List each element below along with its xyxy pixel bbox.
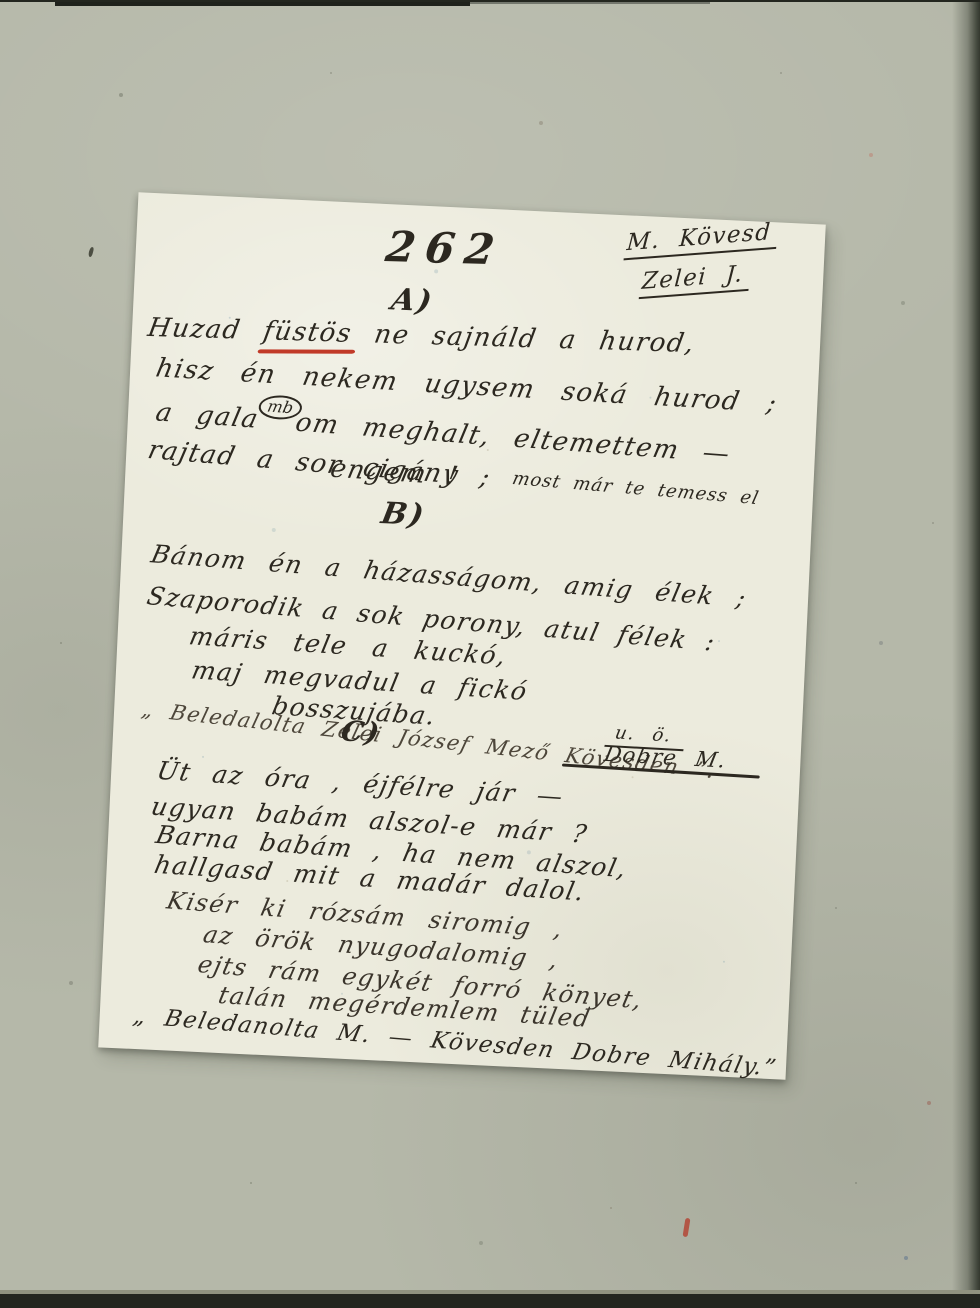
board-top-edge-shadow: [55, 2, 470, 6]
board-right-edge-shadow: [952, 2, 980, 1290]
section-c-heading: C): [338, 715, 384, 750]
verse-line-a1: Huzad füstös ne sajnáld a hurod,: [146, 313, 698, 359]
header-collector: Zelei J.: [639, 258, 751, 295]
red-ink-mark: [683, 1218, 691, 1238]
scanned-manuscript-page: 262 M. Kövesd Zelei J. A) Huzad füstös n…: [0, 0, 980, 1308]
verse-text-small: most már te temess el: [510, 468, 761, 509]
verse-text: a gala: [153, 398, 262, 435]
board-top-edge-shadow-faint: [470, 2, 710, 4]
section-a-heading: A): [388, 282, 436, 319]
verse-text: Huzad: [146, 313, 267, 346]
verse-text: ne sajnáld a hurod,: [349, 319, 697, 359]
manuscript-sheet: 262 M. Kövesd Zelei J. A) Huzad füstös n…: [98, 192, 826, 1079]
paper-texture-speckles: [138, 192, 140, 194]
header-collector-text: Zelei J.: [639, 261, 751, 299]
cardboard-backing: 262 M. Kövesd Zelei J. A) Huzad füstös n…: [0, 2, 980, 1294]
section-b-heading: B): [378, 496, 428, 533]
header-place: M. Kövesd: [624, 216, 779, 257]
ink-fleck: [88, 247, 94, 258]
red-underlined-word: füstös: [261, 316, 354, 348]
page-number: 262: [383, 222, 507, 274]
header-place-text: M. Kövesd: [624, 219, 779, 261]
board-texture-speckles: [0, 2, 2, 4]
